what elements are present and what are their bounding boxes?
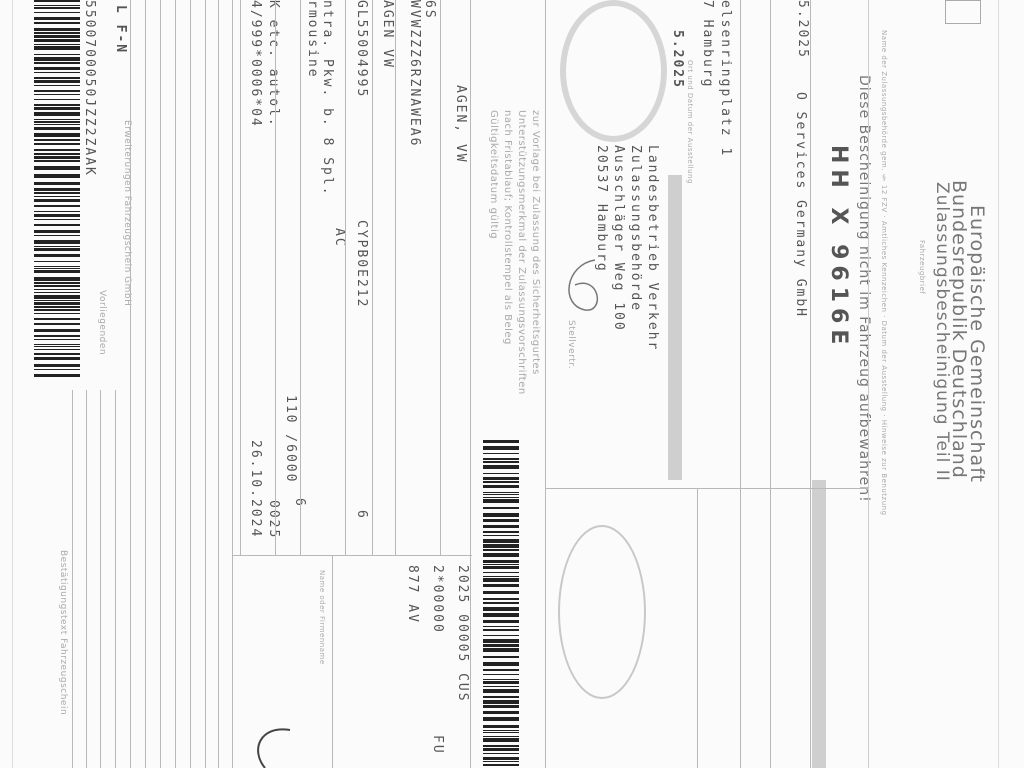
footer-code-3: 877 AV [405,565,420,624]
vehicle-vin: WVWZZZ6RZNAWEA6 [407,0,422,147]
checkbox-corner [945,0,981,24]
vehicle-type-key: CYPB0E212 [354,220,369,308]
header-notice: Diese Bescheinigung nicht im Fahrzeug au… [856,75,872,503]
holder-street: elsenringplatz 1 [718,0,733,157]
vehicle-power: 110 /6000 [283,395,298,483]
footer-code-2: 2*00000 [430,565,445,634]
vehicle-body: rmousine [305,0,320,79]
header-subtitle: Fahrzeugbrief [918,240,926,294]
holder-company: O Services Germany GmbH [793,92,808,318]
notes-line1: zur Vorlage bei Zulassung des Sicherheit… [530,110,541,375]
vehicle-fuel: K etc. autol. [266,0,281,128]
series-code: L F-N [113,5,128,54]
vehicle-first-reg: 26.10.2024 [248,440,263,538]
stamp-mark-icon [245,720,295,768]
left-bottom-label: Bestätigungstext Fahrzeugschein [58,550,68,715]
header-line3: Zulassungsbescheinigung Teil II [932,182,952,482]
notes-line2: Unterstützungsmerkmal der Zulassungsvors… [516,110,527,395]
vehicle-emission: 4/999*0006*04 [248,0,263,128]
footer-code-suffix: FU [430,735,445,755]
barcode-middle [483,440,519,768]
holder-label: Name oder Firmenname [318,570,326,665]
signature-label: Stellvertr. [566,320,576,369]
shaded-bar [812,480,826,768]
authority-line4: 20537 Hamburg [594,145,609,273]
vehicle-count: 0025 [266,500,281,539]
vehicle-make: AGEN, VW [453,85,468,164]
authority-bar [668,175,682,480]
issue-label: Ort und Datum der Ausstellung [686,60,694,184]
notes-line4: Gültigkeitsdatum gültig [488,110,499,239]
header-fineprint: Name der Zulassungsbehörde gem. § 12 FZV… [880,30,888,730]
notes-line3: nach Fristablauf; Kontrollstempel als Be… [502,110,513,345]
holder-date: 5.2025 [795,0,810,59]
left-label-1: Vorliegenden [97,290,107,355]
barcode-number: 5500700050JZZ2ZAAK [82,0,97,177]
vehicle-type-code: 6S [422,0,437,20]
vehicle-maker-code: GL55004995 [354,0,369,98]
official-seal-top [560,0,667,142]
authority-line2: Zulassungsbehörde [628,145,643,312]
plate-number: HH X 9616E [826,145,851,350]
authority-date: 5.2025 [670,30,685,89]
authority-line1: Landesbetrieb Verkehr [645,145,660,351]
vehicle-slot-e: 6 [354,510,369,520]
barcode-left [34,0,80,375]
official-seal-bottom [558,525,646,699]
signature-icon [555,255,615,325]
footer-code-1: 2025 00005 CUS [455,565,470,703]
vehicle-maker-name: AGEN VW [380,0,395,69]
vehicle-class: ntra. Pkw. b. 8 Spl. [320,0,335,197]
holder-city: 7 Hamburg [700,0,715,88]
registration-document-page: Europäische Gemeinschaft Bundesrepublik … [0,0,1024,768]
